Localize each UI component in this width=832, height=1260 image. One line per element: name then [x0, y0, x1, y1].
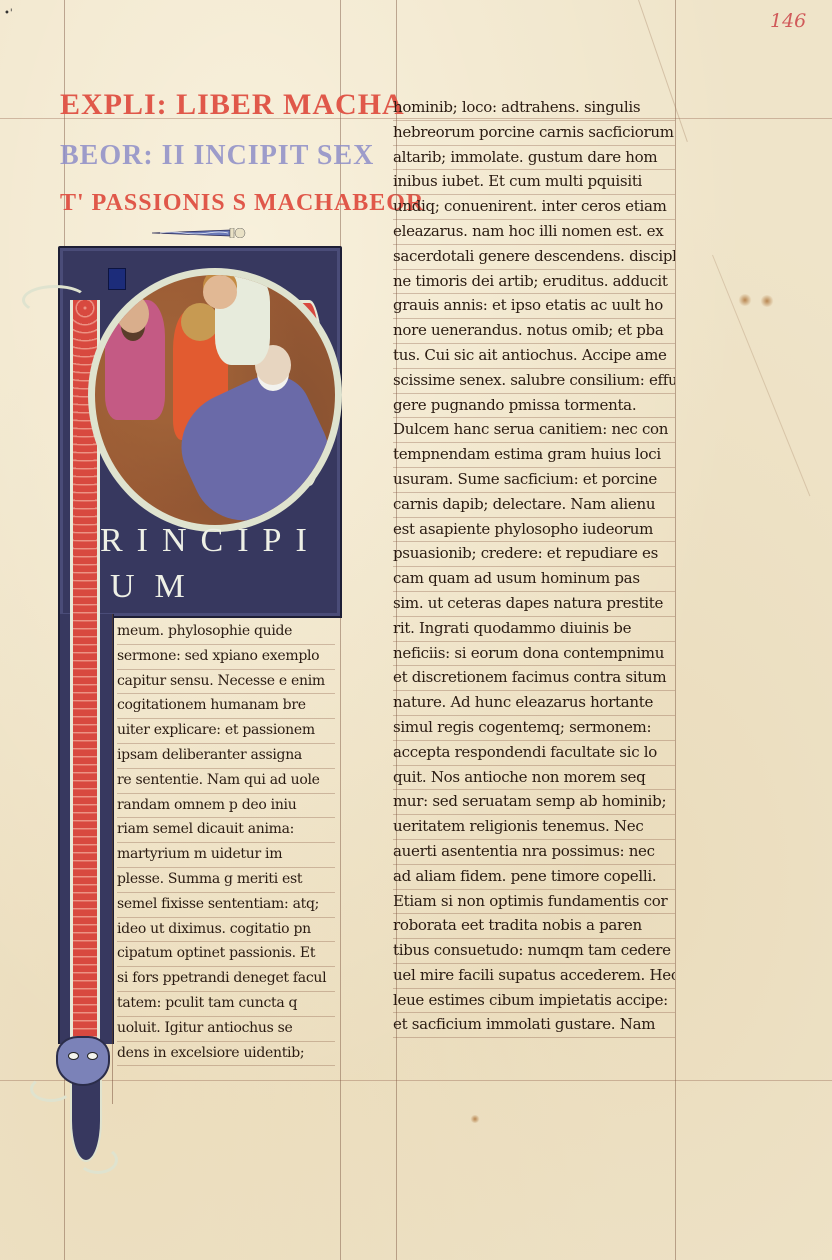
text-line: ne timoris dei artib; eruditus. adducit [393, 270, 675, 295]
ruling-line-vertical [675, 0, 676, 1260]
text-line: quit. Nos antioche non morem seq [393, 766, 675, 791]
text-line: plesse. Summa g meriti est [117, 868, 335, 893]
text-line: hebreorum porcine carnis sacficiorum [393, 121, 675, 146]
text-line: Dulcem hanc serua canitiem: nec con [393, 418, 675, 443]
text-line: dens in excelsiore uidentib; [117, 1042, 335, 1067]
book-icon [108, 268, 126, 290]
text-line: hominib; loco: adtrahens. singulis [393, 96, 675, 121]
text-line: rit. Ingrati quodammo diuinis be [393, 617, 675, 642]
left-column-text: meum. phylosophie quide sermone: sed xpi… [117, 620, 335, 1066]
text-line: riam semel dicauit anima: [117, 818, 335, 843]
text-line: auerti asententia nra possimus: nec [393, 840, 675, 865]
text-line: uiter explicare: et passionem [117, 719, 335, 744]
stain [738, 294, 752, 306]
text-line: altarib; immolate. gustum dare hom [393, 146, 675, 171]
text-line: et sacficium immolati gustare. Nam [393, 1013, 675, 1038]
text-line: nature. Ad hunc eleazarus hortante [393, 691, 675, 716]
text-line: ueritatem religionis tenemus. Nec [393, 815, 675, 840]
crease-line [712, 255, 810, 496]
rubric-explicit: EXPLI: LIBER MACHA [60, 88, 360, 122]
text-line: ipsam deliberanter assigna [117, 744, 335, 769]
text-line: mur: sed seruatam semp ab hominib; [393, 790, 675, 815]
scroll-tendril [22, 285, 88, 315]
stain [760, 295, 774, 307]
text-line: eleazarus. nam hoc illi nomen est. ex [393, 220, 675, 245]
text-line: inibus iubet. Et cum multi pquisiti [393, 170, 675, 195]
text-line: cipatum optinet passionis. Et [117, 942, 335, 967]
ruling-line-vertical [340, 0, 341, 1260]
rubric-title: T' PASSIONIS S MACHABEOR [60, 190, 360, 217]
corner-mark: •' [4, 8, 13, 19]
text-line: scissime senex. salubre consilium: effu [393, 369, 675, 394]
text-line: gere pugnando pmissa tormenta. [393, 394, 675, 419]
historiated-scene [88, 268, 342, 532]
text-line: tus. Cui sic ait antiochus. Accipe ame [393, 344, 675, 369]
text-line: Etiam si non optimis fundamentis cor [393, 890, 675, 915]
stain [470, 1115, 480, 1123]
text-line: carnis dapib; delectare. Nam alienu [393, 493, 675, 518]
text-line: leue estimes cibum impietatis accipe: [393, 989, 675, 1014]
manuscript-page: •' 146 EXPLI: LIBER MACHA BEOR: II INCIP… [0, 0, 832, 1260]
text-line: grauis annis: et ipso etatis ac uult ho [393, 294, 675, 319]
text-line: tempnendam estima gram huius loci [393, 443, 675, 468]
rubric-incipit: BEOR: II INCIPIT SEX [60, 140, 360, 172]
text-line: semel fixisse sententiam: atq; [117, 893, 335, 918]
text-line: nore uenerandus. notus omib; et pba [393, 319, 675, 344]
right-column-text: hominib; loco: adtrahens. singulis hebre… [393, 96, 675, 1038]
text-line: uel mire facili supatus accederem. Hec [393, 964, 675, 989]
initial-text-line1: RINCIPI [100, 522, 321, 560]
text-line: randam omnem p deo iniu [117, 794, 335, 819]
text-line: cogitationem humanam bre [117, 694, 335, 719]
text-line: tatem: pculit tam cuncta q [117, 992, 335, 1017]
text-line: accepta respondendi facultate sic lo [393, 741, 675, 766]
text-line: simul regis cogentemq; sermonem: [393, 716, 675, 741]
text-line: re sententie. Nam qui ad uole [117, 769, 335, 794]
text-line: psuasionib; credere: et repudiare es [393, 542, 675, 567]
figure-head [181, 303, 219, 341]
folio-number: 146 [770, 10, 806, 32]
text-line: sermone: sed xpiano exemplo [117, 645, 335, 670]
figure-head [203, 275, 237, 309]
text-line: usuram. Sume sacficium: et porcine [393, 468, 675, 493]
text-line: sacerdotali genere descendens. discipli [393, 245, 675, 270]
grotesque-tail [70, 1080, 102, 1162]
sword-icon [152, 228, 247, 238]
text-line: meum. phylosophie quide [117, 620, 335, 645]
text-line: capitur sensu. Necesse e enim [117, 670, 335, 695]
text-line: cam quam ad usum hominum pas [393, 567, 675, 592]
grotesque-face-icon [56, 1036, 110, 1086]
text-line: tibus consuetudo: numqm tam cedere [393, 939, 675, 964]
text-line: si fors ppetrandi deneget facul [117, 967, 335, 992]
initial-text-line2: UM [110, 568, 205, 606]
text-line: undiq; conuenirent. inter ceros etiam [393, 195, 675, 220]
text-line: neficiis: si eorum dona contempnimu [393, 642, 675, 667]
text-line: est asapiente phylosopho iudeorum [393, 518, 675, 543]
text-line: ideo ut diximus. cogitatio pn [117, 918, 335, 943]
text-line: ad aliam fidem. pene timore copelli. [393, 865, 675, 890]
figure-head [117, 295, 149, 333]
text-line: martyrium m uidetur im [117, 843, 335, 868]
text-line: sim. ut ceteras dapes natura prestite [393, 592, 675, 617]
text-line: roborata eet tradita nobis a paren [393, 914, 675, 939]
text-line: uoluit. Igitur antiochus se [117, 1017, 335, 1042]
text-line: et discretionem facimus contra situm [393, 666, 675, 691]
